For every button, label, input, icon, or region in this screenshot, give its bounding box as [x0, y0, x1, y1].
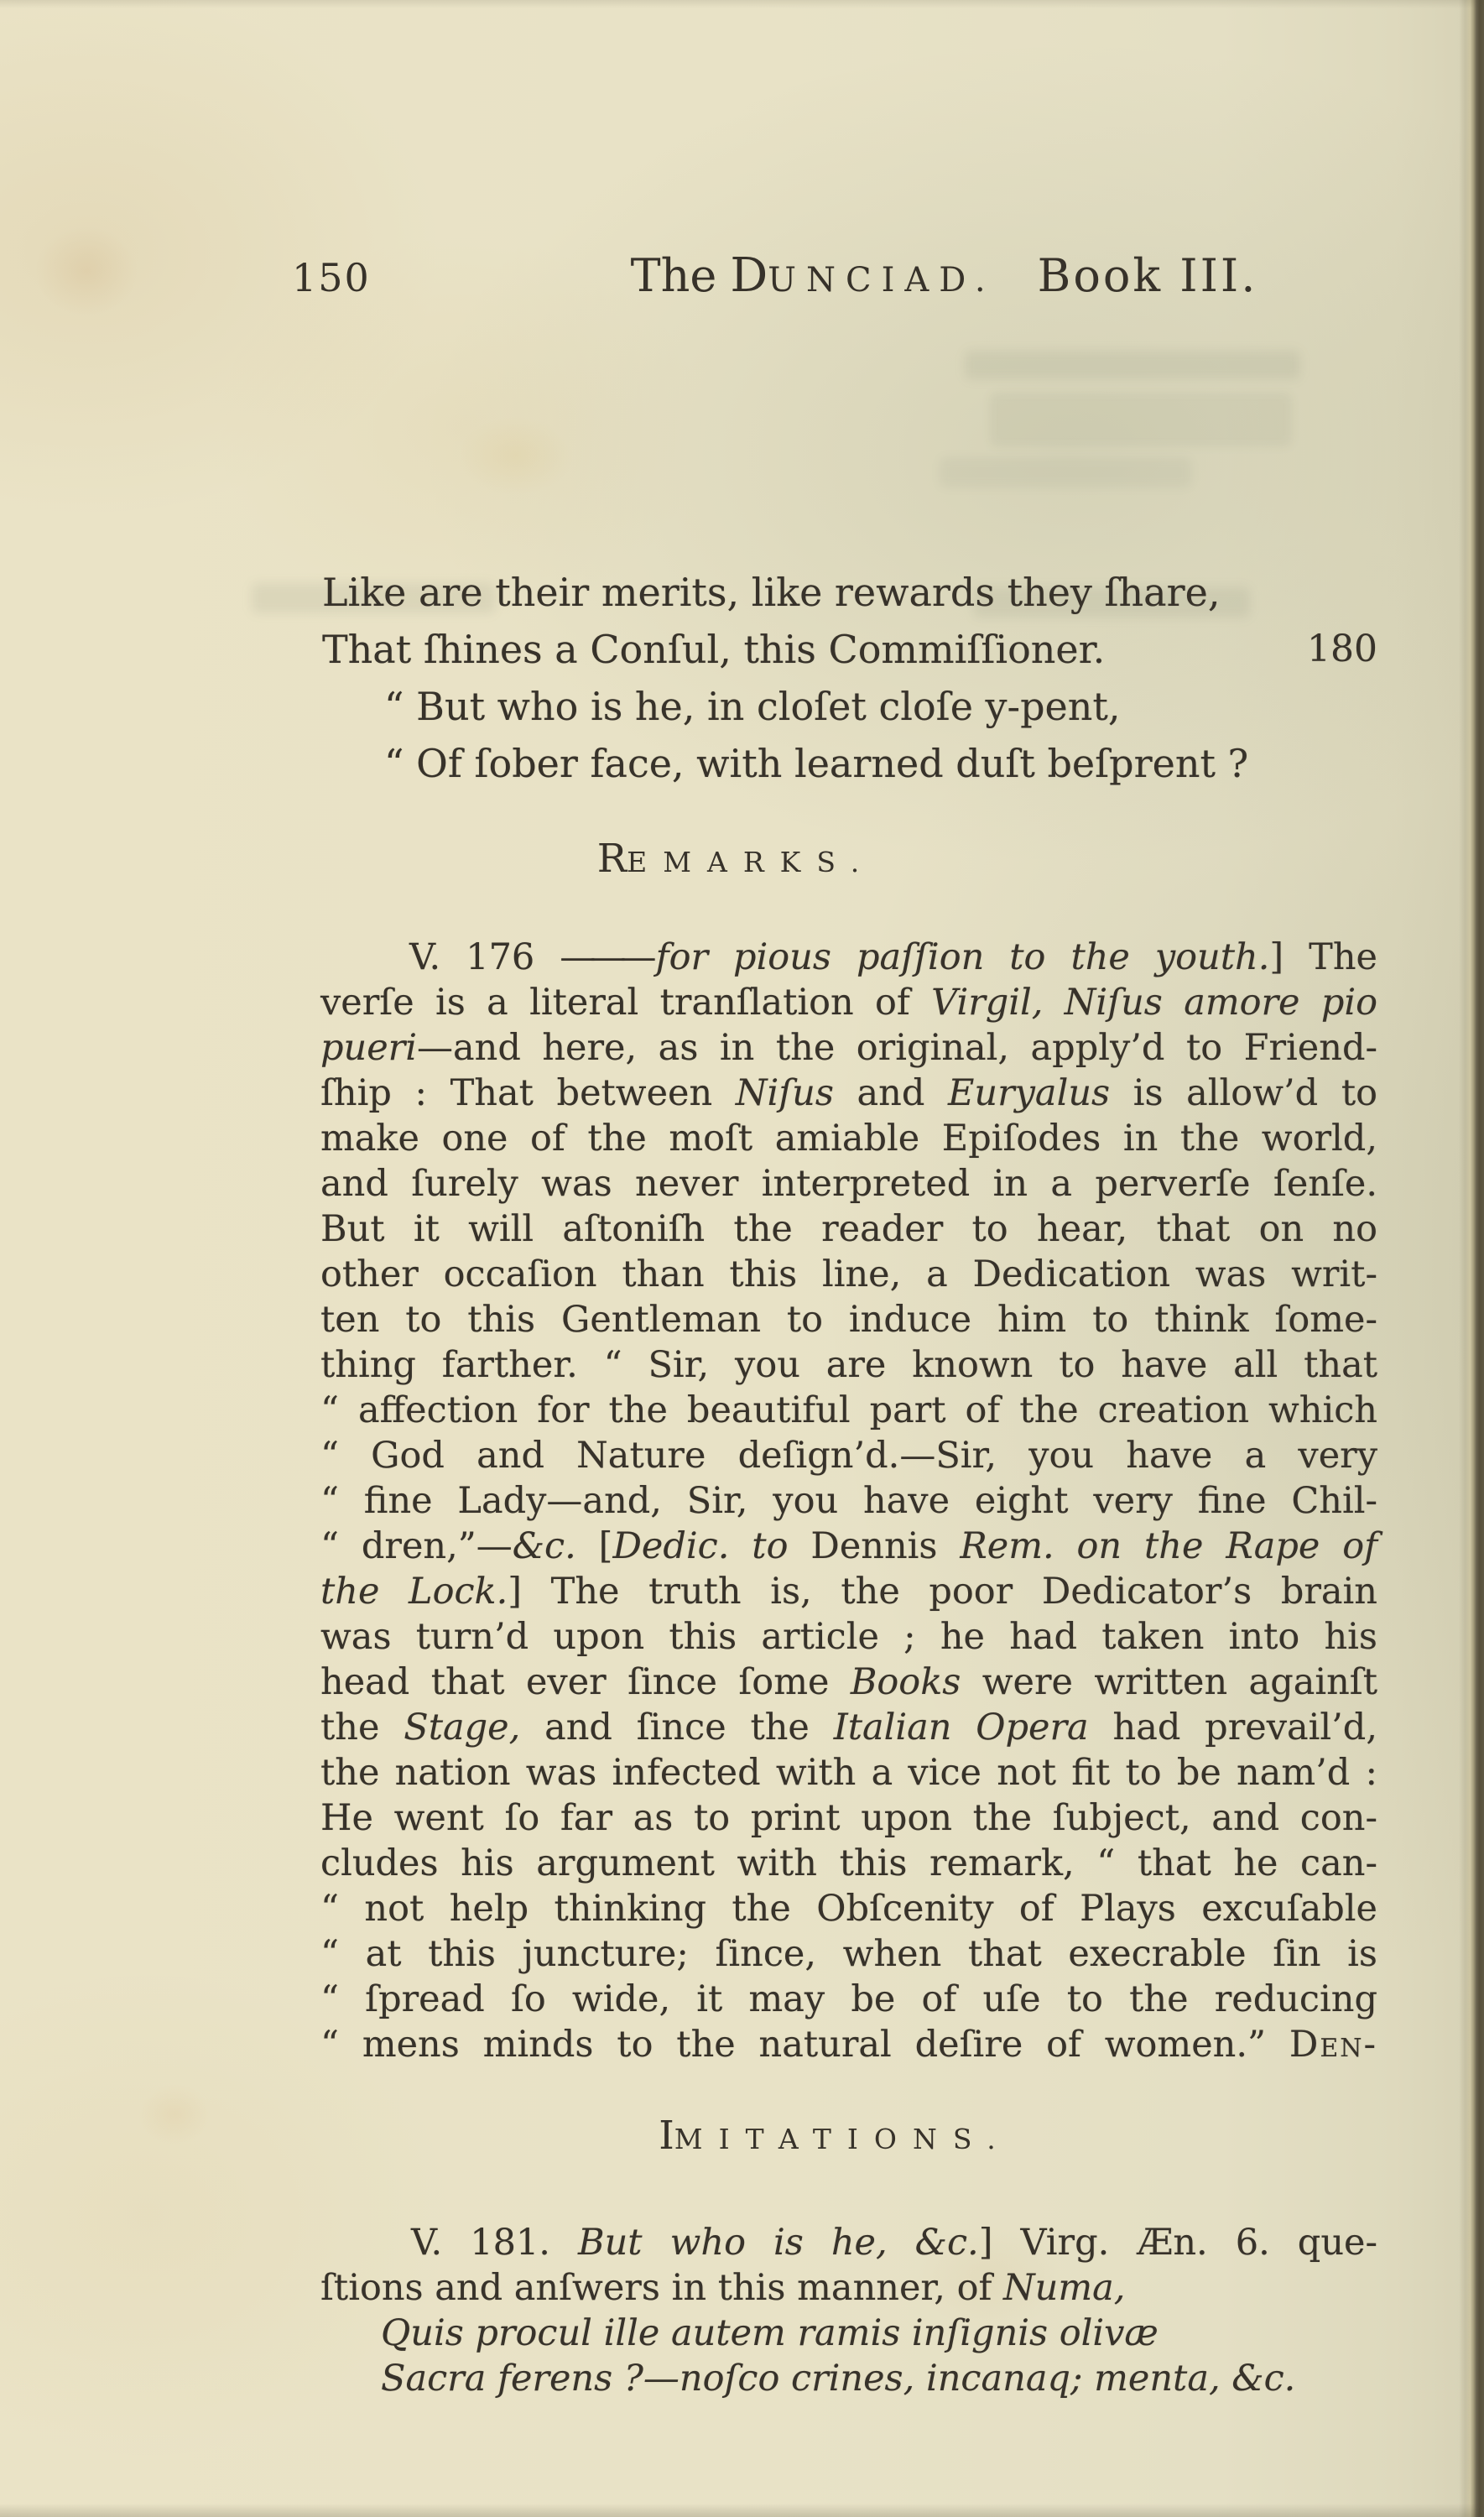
paper-stain	[436, 401, 596, 510]
title-caps: UNCIAD.	[768, 261, 995, 300]
text-line: the nation was infected with a vice not …	[320, 1750, 1377, 1795]
text-segment: “ God and Nature deſign’d.—Sir, you have…	[320, 1435, 1377, 1477]
italic-text: Niſus	[736, 1072, 834, 1114]
text-segment: the	[320, 1707, 404, 1748]
text-segment: thing farther. “ Sir, you are known to h…	[320, 1344, 1377, 1386]
text-segment: Dennis	[788, 1525, 960, 1567]
verse-line: “ Of ſober face, with learned duſt beſpr…	[322, 735, 1379, 792]
scan-edge-shade	[0, 2504, 1484, 2517]
ink-bleedthrough	[965, 351, 1300, 379]
page-title: TheDUNCIAD.Book III.	[393, 248, 1378, 303]
text-segment: ] The	[1269, 936, 1377, 978]
text-segment: is allow’d to	[1110, 1072, 1377, 1114]
verse-line: Like are their merits, like rewards they…	[322, 564, 1379, 621]
italic-text: Italian Opera	[834, 1707, 1089, 1748]
italic-text: Rem. on the Rape of	[960, 1525, 1377, 1567]
text-line: Sacra ferens ?—noſco crines, incanaq; me…	[320, 2356, 1377, 2401]
text-segment: were written againſt	[961, 1661, 1377, 1703]
imitations-heading: IMITATIONS.	[292, 2113, 1378, 2159]
text-segment: “ mens minds to the natural deſire of wo…	[320, 2024, 1289, 2066]
italic-text: Stage,	[404, 1707, 520, 1748]
text-segment: other occaſion than this line, a Dedicat…	[320, 1253, 1377, 1295]
text-line: the Stage, and ſince the Italian Opera h…	[320, 1705, 1377, 1750]
text-segment: [	[576, 1525, 613, 1567]
text-segment: and ſurely was never interpreted in a pe…	[320, 1163, 1377, 1205]
text-line: pueri—and here, as in the original, appl…	[320, 1025, 1377, 1071]
text-segment: Like are their merits, like rewards they…	[322, 570, 1220, 615]
text-line: “ affection for the beautiful part of th…	[320, 1388, 1377, 1433]
text-line: verſe is a literal tranſlation of Virgil…	[320, 980, 1377, 1025]
title-lead: The	[631, 249, 717, 302]
verse-lines: Like are their merits, like rewards they…	[322, 564, 1379, 792]
text-segment: “ at this juncture; ſince, when that exe…	[320, 1933, 1377, 1975]
book-page-scan: 150 TheDUNCIAD.Book III. Like are their …	[0, 0, 1484, 2517]
text-line: was turn’d upon this article ; he had ta…	[320, 1614, 1377, 1660]
italic-text: for pious paſſion to the youth.	[656, 936, 1270, 978]
italic-text: Numa,	[1003, 2267, 1125, 2309]
text-segment: ———	[560, 936, 650, 978]
text-line: “ ſpread ſo wide, it may be of uſe to th…	[320, 1977, 1377, 2022]
text-segment: ſhip : That between	[320, 1072, 736, 1114]
book-edge-shadow	[1459, 0, 1484, 2517]
text-segment: ] Virg. Æn. 6. que-	[979, 2222, 1377, 2264]
text-segment: But it will aſtoniſh the reader to hear,…	[320, 1208, 1377, 1250]
text-segment: “ Of ſober face, with learned duſt beſpr…	[384, 741, 1248, 786]
text-line: “ not help thinking the Obſcenity of Pla…	[320, 1886, 1377, 1931]
text-line: ſtions and anſwers in this manner, of Nu…	[320, 2265, 1377, 2311]
text-line: “ mens minds to the natural deſire of wo…	[320, 2022, 1377, 2067]
italic-text: Sacra ferens ?—noſco crines, incanaq; me…	[381, 2358, 1295, 2400]
text-line: cludes his argument with this remark, “ …	[320, 1841, 1377, 1886]
title-initial: D	[730, 248, 768, 303]
text-line: and ſurely was never interpreted in a pe…	[320, 1161, 1377, 1206]
remarks-lines: V. 176 ———for pious paſſion to the youth…	[320, 935, 1377, 2067]
text-line: other occaſion than this line, a Dedicat…	[320, 1252, 1377, 1297]
text-segment: ſtions and anſwers in this manner, of	[320, 2267, 1003, 2309]
text-line: ten to this Gentleman to induce him to t…	[320, 1297, 1377, 1342]
text-segment: “ But who is he, in cloſet cloſe y-pent,	[384, 684, 1120, 729]
text-line: “ at this juncture; ſince, when that exe…	[320, 1931, 1377, 1977]
text-line: “ God and Nature deſign’d.—Sir, you have…	[320, 1433, 1377, 1478]
text-segment: “ ſpread ſo wide, it may be of uſe to th…	[320, 1978, 1377, 2020]
text-line: head that ever ſince ſome Books were wri…	[320, 1660, 1377, 1705]
text-segment: —and here, as in the original, apply’d t…	[417, 1027, 1377, 1069]
remarks-heading-initial: R	[597, 836, 627, 882]
text-line: Quis procul ille autem ramis inſignis ol…	[320, 2311, 1377, 2356]
text-line: thing farther. “ Sir, you are known to h…	[320, 1342, 1377, 1388]
text-line: But it will aſtoniſh the reader to hear,…	[320, 1206, 1377, 1252]
italic-text: Books	[851, 1661, 961, 1703]
text-segment: make one of the moſt amiable Epiſodes in…	[320, 1118, 1377, 1159]
text-segment: was turn’d upon this article ; he had ta…	[320, 1616, 1377, 1658]
text-line: make one of the moſt amiable Epiſodes in…	[320, 1116, 1377, 1161]
text-line: V. 176 ———for pious paſſion to the youth…	[320, 935, 1377, 980]
italic-text: the Lock.	[320, 1571, 508, 1613]
imitations-heading-rest: MITATIONS.	[674, 2123, 1012, 2155]
text-line: He went ſo far as to print upon the ſubj…	[320, 1795, 1377, 1841]
text-segment: the nation was infected with a vice not …	[320, 1752, 1377, 1794]
page-content: 150 TheDUNCIAD.Book III. Like are their …	[292, 248, 1378, 303]
paper-stain	[124, 2072, 225, 2156]
text-segment: cludes his argument with this remark, “ …	[320, 1842, 1377, 1884]
text-segment: “ fine Lady—and, Sir, you have eight ver…	[320, 1480, 1377, 1522]
running-header: 150 TheDUNCIAD.Book III.	[292, 248, 1378, 303]
page-number: 150	[292, 255, 393, 300]
paper-stain	[15, 208, 158, 334]
italic-text: But who is he, &c.	[578, 2222, 979, 2264]
remarks-heading-rest: EMARKS.	[627, 846, 875, 878]
imitations-heading-initial: I	[659, 2113, 674, 2159]
verse-line: “ But who is he, in cloſet cloſe y-pent,	[322, 678, 1379, 735]
italic-text: Dedic. to	[612, 1525, 788, 1567]
italic-text: Euryalus	[948, 1072, 1110, 1114]
text-line: V. 181. But who is he, &c.] Virg. Æn. 6.…	[320, 2220, 1377, 2265]
imitations-lines: V. 181. But who is he, &c.] Virg. Æn. 6.…	[320, 2220, 1377, 2401]
text-segment: V. 181.	[411, 2222, 578, 2264]
text-segment: V. 176	[409, 936, 560, 978]
italic-text: pueri	[320, 1027, 417, 1069]
title-book-number: Book III.	[1038, 249, 1258, 302]
text-segment: He went ſo far as to print upon the ſubj…	[320, 1797, 1377, 1839]
text-line: “ dren,”—&c. [Dedic. to Dennis Rem. on t…	[320, 1524, 1377, 1569]
italic-text: Quis procul ille autem ramis inſignis ol…	[381, 2312, 1159, 2354]
text-segment: ten to this Gentleman to induce him to t…	[320, 1299, 1377, 1341]
ink-bleedthrough	[940, 457, 1191, 487]
text-segment: “ not help thinking the Obſcenity of Pla…	[320, 1888, 1377, 1930]
verse-line: That ſhines a Conſul, this Commiſſioner.…	[322, 621, 1379, 678]
scan-edge-shade	[0, 0, 1484, 8]
smallcaps-text: Den-	[1289, 2024, 1377, 2066]
text-segment: “ affection for the beautiful part of th…	[320, 1389, 1377, 1431]
text-segment: had prevail’d,	[1089, 1707, 1377, 1748]
verse-line-number: 180	[1307, 621, 1377, 678]
text-line: ſhip : That between Niſus and Euryalus i…	[320, 1071, 1377, 1116]
text-segment: and ſince the	[520, 1707, 833, 1748]
text-segment: That ſhines a Conſul, this Commiſſioner.	[322, 627, 1105, 672]
italic-text: Virgil, Niſus amore pio	[931, 982, 1377, 1024]
italic-text: &c.	[513, 1525, 576, 1567]
remarks-heading: REMARKS.	[193, 836, 1279, 882]
text-segment: “ dren,”—	[320, 1525, 513, 1567]
text-segment: ] The truth is, the poor Dedicator’s bra…	[508, 1571, 1377, 1613]
text-segment: and	[834, 1072, 948, 1114]
ink-bleedthrough	[990, 393, 1292, 446]
text-line: the Lock.] The truth is, the poor Dedica…	[320, 1569, 1377, 1614]
text-segment: verſe is a literal tranſlation of	[320, 982, 931, 1024]
text-line: “ fine Lady—and, Sir, you have eight ver…	[320, 1478, 1377, 1524]
text-segment: head that ever ſince ſome	[320, 1661, 851, 1703]
